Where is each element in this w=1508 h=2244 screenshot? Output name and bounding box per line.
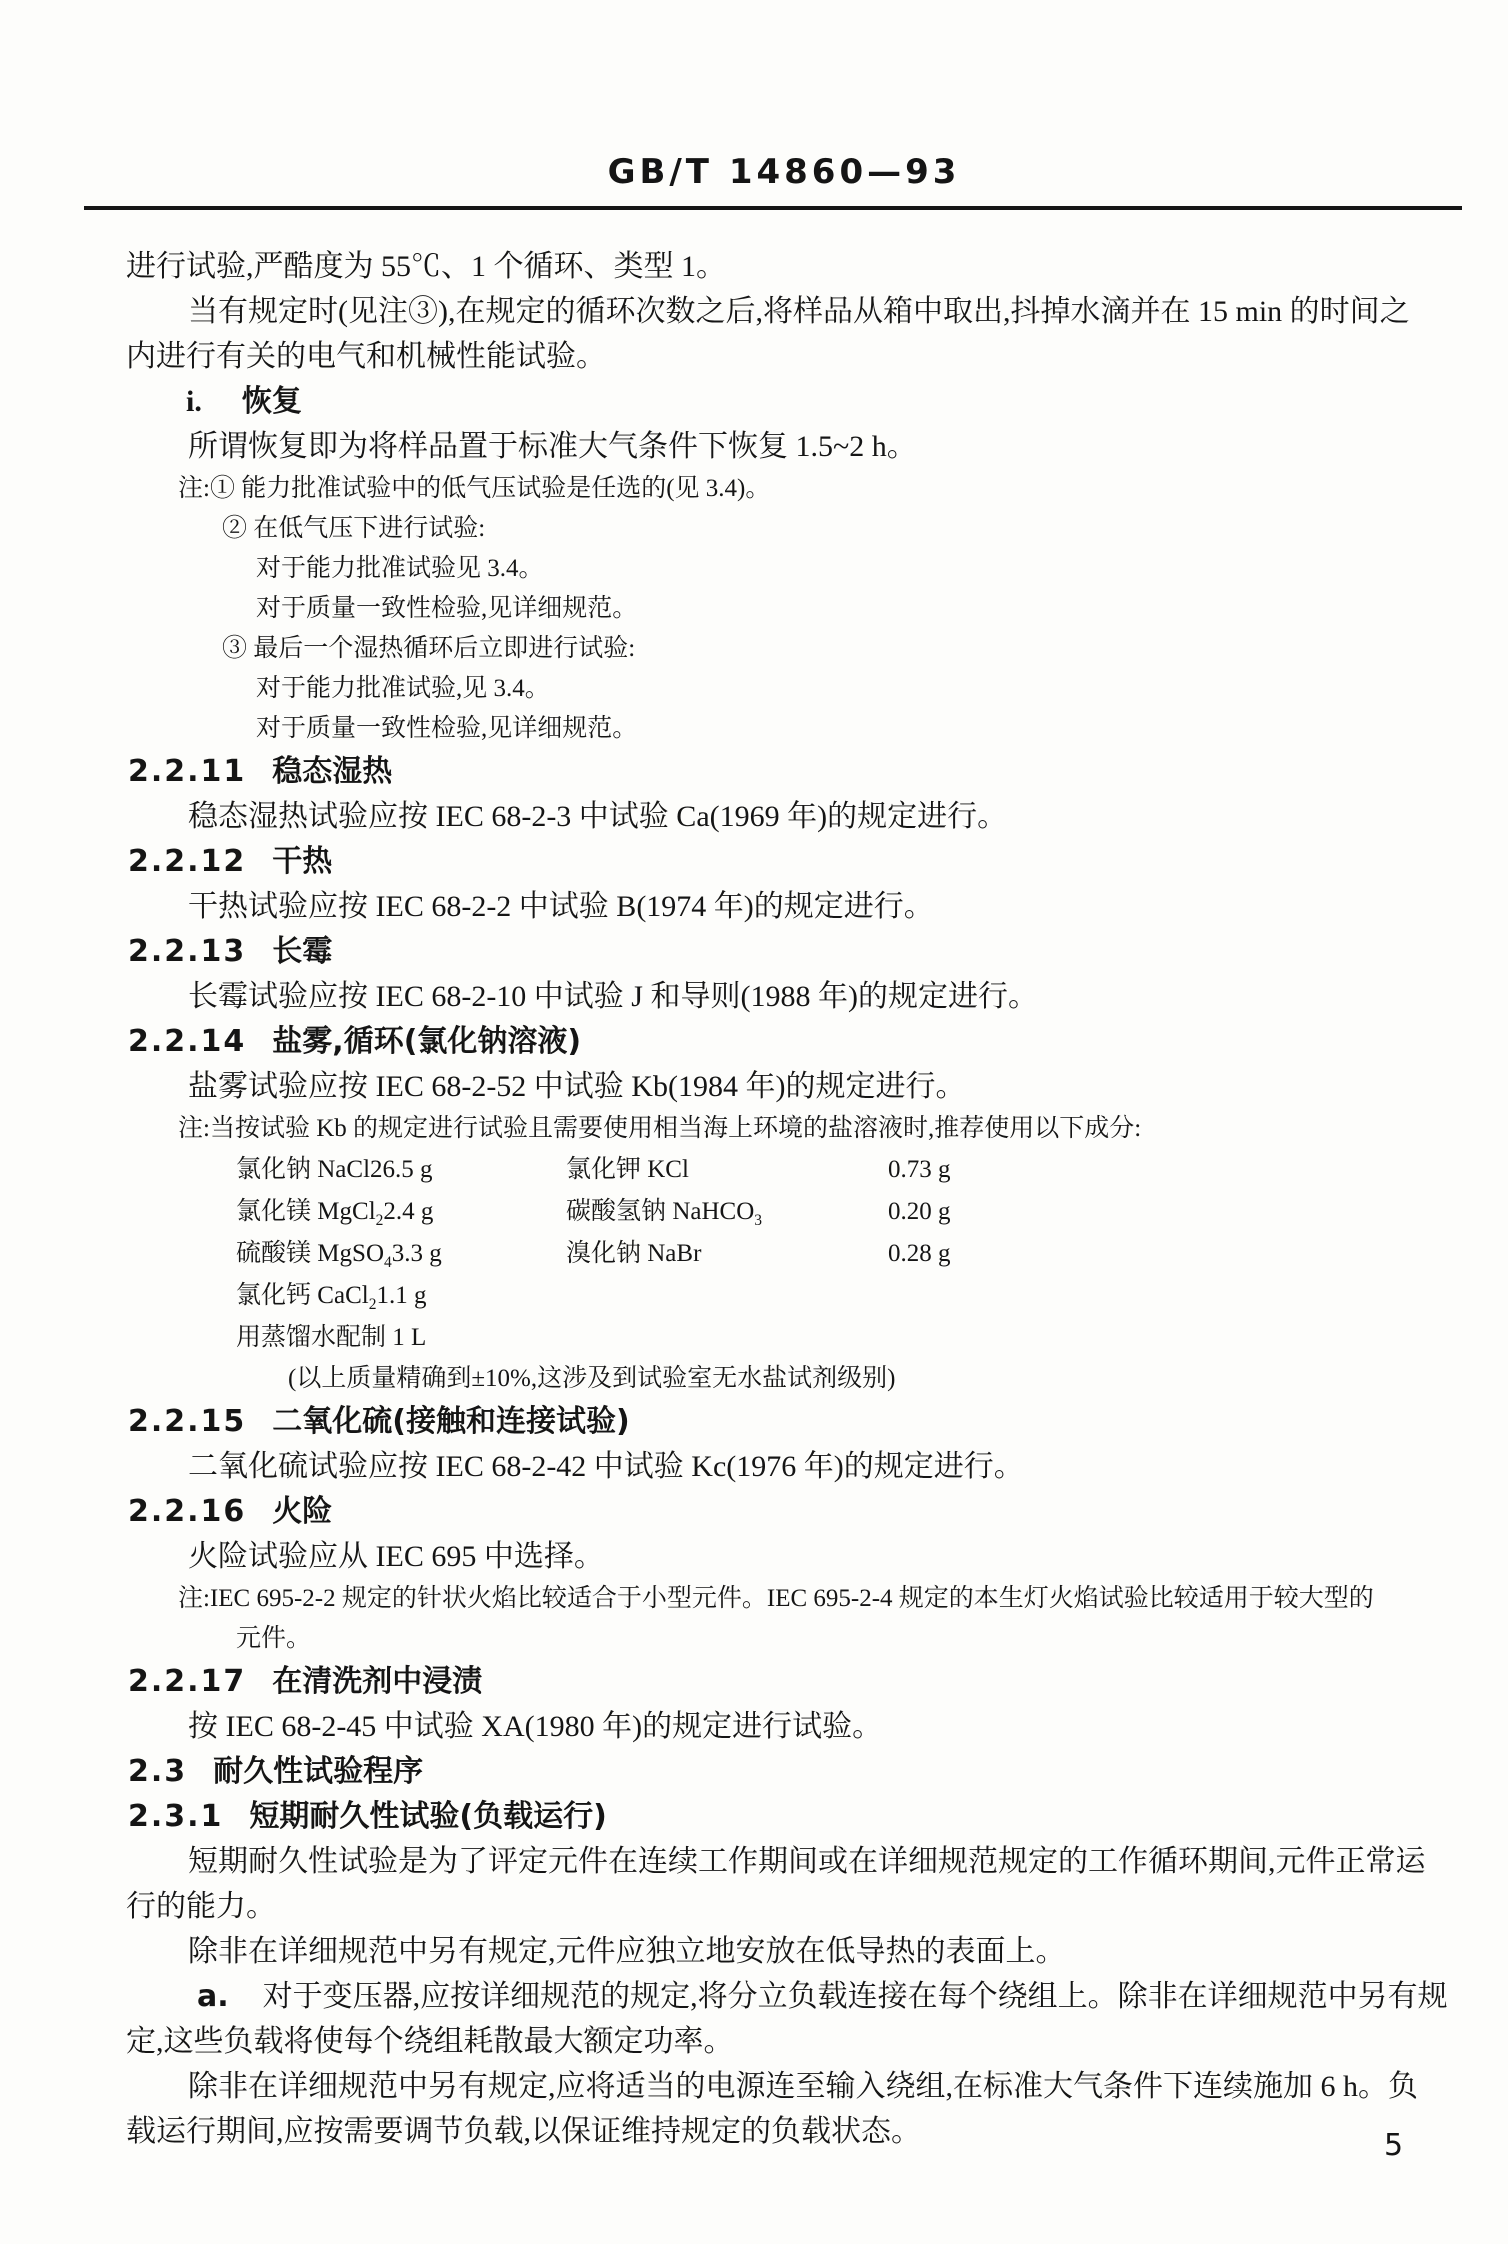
list-marker: a. xyxy=(197,1979,229,2014)
section-heading: i.恢复 xyxy=(186,379,1508,424)
paragraph-text: 按 IEC 68-2-45 中试验 XA(1980 年)的规定进行试验。 xyxy=(188,1710,882,1743)
paragraph-text: 火险试验应从 IEC 695 中选择。 xyxy=(188,1540,604,1573)
heading-title: 稳态湿热 xyxy=(272,754,392,789)
note-line: 对于能力批准试验,见 3.4。 xyxy=(256,669,1508,709)
header-rule xyxy=(84,206,1462,210)
paragraph-text: 二氧化硫试验应按 IEC 68-2-42 中试验 Kc(1976 年)的规定进行… xyxy=(188,1450,1024,1483)
paragraph-text: 短期耐久性试验是为了评定元件在连续工作期间或在详细规范规定的工作循环期间,元件正… xyxy=(188,1845,1426,1878)
section-heading: 2.2.15二氧化硫(接触和连接试验) xyxy=(128,1399,1508,1444)
paragraph-text: 对于变压器,应按详细规范的规定,将分立负载连接在每个绕组上。除非在详细规范中另有… xyxy=(263,1980,1448,2013)
salt-component-name: 氯化钠 NaCl26.5 g xyxy=(236,1149,566,1191)
heading-number: 2.2.16 xyxy=(128,1494,246,1529)
section-heading: 2.2.16火险 xyxy=(128,1489,1508,1534)
paragraph-line: 按 IEC 68-2-45 中试验 XA(1980 年)的规定进行试验。 xyxy=(188,1704,1508,1749)
note-line: 元件。 xyxy=(236,1619,1508,1659)
heading-title: 耐久性试验程序 xyxy=(213,1754,423,1789)
salt-component-name: 用蒸馏水配制 1 L xyxy=(236,1317,566,1359)
page-number: 5 xyxy=(1384,2128,1403,2163)
section-heading: 2.2.11稳态湿热 xyxy=(128,749,1508,794)
heading-number: 2.2.11 xyxy=(128,754,246,789)
paragraph-text: 当有规定时(见注③),在规定的循环次数之后,将样品从箱中取出,抖掉水滴并在 15… xyxy=(188,295,1410,328)
paragraph-line: 干热试验应按 IEC 68-2-2 中试验 B(1974 年)的规定进行。 xyxy=(188,884,1508,929)
salt-component-name: 硫酸镁 MgSO43.3 g xyxy=(236,1233,566,1275)
heading-number: 2.2.15 xyxy=(128,1404,246,1439)
paragraph-text: 行的能力。 xyxy=(126,1890,276,1923)
heading-number: 2.3.1 xyxy=(128,1799,223,1834)
note-line: ② 在低气压下进行试验: xyxy=(222,509,1508,549)
salt-component-name: 氯化钾 KCl xyxy=(566,1149,888,1191)
salt-composition-row: 氯化钠 NaCl26.5 g氯化钾 KCl0.73 g xyxy=(236,1149,1508,1191)
paragraph-text: 元件。 xyxy=(236,1625,311,1652)
paragraph-line: 除非在详细规范中另有规定,应将适当的电源连至输入绕组,在标准大气条件下连续施加 … xyxy=(188,2064,1508,2109)
standard-number-header: GB/T 14860—93 xyxy=(30,152,1508,192)
heading-title: 盐雾,循环(氯化钠溶液) xyxy=(272,1024,581,1059)
paragraph-text: 注:当按试验 Kb 的规定进行试验且需要使用相当海上环境的盐溶液时,推荐使用以下… xyxy=(178,1115,1141,1142)
heading-title: 恢复 xyxy=(242,384,302,419)
note-line: (以上质量精确到±10%,这涉及到试验室无水盐试剂级别) xyxy=(288,1359,1508,1399)
heading-number: 2.2.14 xyxy=(128,1024,246,1059)
paragraph-text: 除非在详细规范中另有规定,应将适当的电源连至输入绕组,在标准大气条件下连续施加 … xyxy=(188,2070,1418,2103)
paragraph-line: 进行试验,严酷度为 55℃、1 个循环、类型 1。 xyxy=(126,244,1508,289)
list-item-a: a.对于变压器,应按详细规范的规定,将分立负载连接在每个绕组上。除非在详细规范中… xyxy=(197,1974,1508,2019)
note-line: ③ 最后一个湿热循环后立即进行试验: xyxy=(222,629,1508,669)
heading-number: 2.2.17 xyxy=(128,1664,246,1699)
paragraph-text: 定,这些负载将使每个绕组耗散最大额定功率。 xyxy=(126,2025,734,2058)
salt-component-name xyxy=(566,1317,888,1359)
paragraph-text: 注:IEC 695-2-2 规定的针状火焰比较适合于小型元件。IEC 695-2… xyxy=(178,1585,1374,1612)
paragraph-line: 盐雾试验应按 IEC 68-2-52 中试验 Kb(1984 年)的规定进行。 xyxy=(188,1064,1508,1109)
section-heading: 2.2.17在清洗剂中浸渍 xyxy=(128,1659,1508,1704)
paragraph-text: 对于质量一致性检验,见详细规范。 xyxy=(256,595,637,622)
salt-composition-row: 氯化钙 CaCl21.1 g xyxy=(236,1275,1508,1317)
note-line: 注:当按试验 Kb 的规定进行试验且需要使用相当海上环境的盐溶液时,推荐使用以下… xyxy=(178,1109,1508,1149)
paragraph-text: ② 在低气压下进行试验: xyxy=(222,515,485,542)
paragraph-line: 火险试验应从 IEC 695 中选择。 xyxy=(188,1534,1508,1579)
salt-component-name: 溴化钠 NaBr xyxy=(566,1233,888,1275)
note-line: 对于能力批准试验见 3.4。 xyxy=(256,549,1508,589)
document-body: 进行试验,严酷度为 55℃、1 个循环、类型 1。当有规定时(见注③),在规定的… xyxy=(0,244,1508,2154)
paragraph-text: 长霉试验应按 IEC 68-2-10 中试验 J 和导则(1988 年)的规定进… xyxy=(188,980,1038,1013)
note-line: 注:① 能力批准试验中的低气压试验是任选的(见 3.4)。 xyxy=(178,469,1508,509)
paragraph-text: 对于能力批准试验见 3.4。 xyxy=(256,555,544,582)
salt-component-name: 氯化钙 CaCl21.1 g xyxy=(236,1275,566,1317)
note-line: 对于质量一致性检验,见详细规范。 xyxy=(256,589,1508,629)
paragraph-line: 长霉试验应按 IEC 68-2-10 中试验 J 和导则(1988 年)的规定进… xyxy=(188,974,1508,1019)
heading-number: 2.2.12 xyxy=(128,844,246,879)
paragraph-line: 载运行期间,应按需要调节负载,以保证维持规定的负载状态。 xyxy=(126,2109,1508,2154)
heading-number: 2.2.13 xyxy=(128,934,246,969)
paragraph-line: 所谓恢复即为将样品置于标准大气条件下恢复 1.5~2 h。 xyxy=(188,424,1508,469)
paragraph-line: 行的能力。 xyxy=(126,1884,1508,1929)
heading-number: i. xyxy=(186,385,202,418)
paragraph-line: 当有规定时(见注③),在规定的循环次数之后,将样品从箱中取出,抖掉水滴并在 15… xyxy=(188,289,1508,334)
paragraph-text: 注:① 能力批准试验中的低气压试验是任选的(见 3.4)。 xyxy=(178,475,770,502)
paragraph-line: 内进行有关的电气和机械性能试验。 xyxy=(126,334,1508,379)
paragraph-text: 稳态湿热试验应按 IEC 68-2-3 中试验 Ca(1969 年)的规定进行。 xyxy=(188,800,1007,833)
salt-component-amount: 0.73 g xyxy=(888,1149,951,1191)
heading-title: 火险 xyxy=(272,1494,332,1529)
paragraph-text: ③ 最后一个湿热循环后立即进行试验: xyxy=(222,635,635,662)
paragraph-text: (以上质量精确到±10%,这涉及到试验室无水盐试剂级别) xyxy=(288,1365,895,1392)
paragraph-text: 对于质量一致性检验,见详细规范。 xyxy=(256,715,637,742)
heading-title: 干热 xyxy=(272,844,332,879)
paragraph-text: 内进行有关的电气和机械性能试验。 xyxy=(126,340,606,373)
salt-composition-row: 硫酸镁 MgSO43.3 g溴化钠 NaBr0.28 g xyxy=(236,1233,1508,1275)
note-line: 注:IEC 695-2-2 规定的针状火焰比较适合于小型元件。IEC 695-2… xyxy=(178,1579,1508,1619)
section-heading: 2.2.13长霉 xyxy=(128,929,1508,974)
section-heading: 2.2.12干热 xyxy=(128,839,1508,884)
paragraph-text: 盐雾试验应按 IEC 68-2-52 中试验 Kb(1984 年)的规定进行。 xyxy=(188,1070,965,1103)
salt-component-name: 氯化镁 MgCl22.4 g xyxy=(236,1191,566,1233)
paragraph-text: 干热试验应按 IEC 68-2-2 中试验 B(1974 年)的规定进行。 xyxy=(188,890,934,923)
paragraph-text: 除非在详细规范中另有规定,元件应独立地安放在低导热的表面上。 xyxy=(188,1935,1066,1968)
paragraph-line: 稳态湿热试验应按 IEC 68-2-3 中试验 Ca(1969 年)的规定进行。 xyxy=(188,794,1508,839)
paragraph-line: 二氧化硫试验应按 IEC 68-2-42 中试验 Kc(1976 年)的规定进行… xyxy=(188,1444,1508,1489)
heading-title: 短期耐久性试验(负载运行) xyxy=(249,1799,606,1834)
salt-component-amount: 0.20 g xyxy=(888,1191,951,1233)
heading-title: 在清洗剂中浸渍 xyxy=(272,1664,482,1699)
paragraph-text: 对于能力批准试验,见 3.4。 xyxy=(256,675,550,702)
section-heading: 2.3.1短期耐久性试验(负载运行) xyxy=(128,1794,1508,1839)
salt-component-name xyxy=(566,1275,888,1317)
salt-composition-row: 用蒸馏水配制 1 L xyxy=(236,1317,1508,1359)
paragraph-text: 所谓恢复即为将样品置于标准大气条件下恢复 1.5~2 h。 xyxy=(188,430,917,463)
section-heading: 2.3耐久性试验程序 xyxy=(128,1749,1508,1794)
note-line: 对于质量一致性检验,见详细规范。 xyxy=(256,709,1508,749)
heading-title: 二氧化硫(接触和连接试验) xyxy=(272,1404,629,1439)
heading-number: 2.3 xyxy=(128,1754,187,1789)
paragraph-line: 定,这些负载将使每个绕组耗散最大额定功率。 xyxy=(126,2019,1508,2064)
scanned-standard-page: GB/T 14860—93 进行试验,严酷度为 55℃、1 个循环、类型 1。当… xyxy=(0,0,1508,2244)
salt-composition-row: 氯化镁 MgCl22.4 g碳酸氢钠 NaHCO30.20 g xyxy=(236,1191,1508,1233)
salt-component-name: 碳酸氢钠 NaHCO3 xyxy=(566,1191,888,1233)
heading-title: 长霉 xyxy=(272,934,332,969)
paragraph-line: 除非在详细规范中另有规定,元件应独立地安放在低导热的表面上。 xyxy=(188,1929,1508,1974)
paragraph-line: 短期耐久性试验是为了评定元件在连续工作期间或在详细规范规定的工作循环期间,元件正… xyxy=(188,1839,1508,1884)
paragraph-text: 载运行期间,应按需要调节负载,以保证维持规定的负载状态。 xyxy=(126,2115,921,2148)
salt-component-amount: 0.28 g xyxy=(888,1233,951,1275)
paragraph-text: 进行试验,严酷度为 55℃、1 个循环、类型 1。 xyxy=(126,250,726,283)
section-heading: 2.2.14盐雾,循环(氯化钠溶液) xyxy=(128,1019,1508,1064)
